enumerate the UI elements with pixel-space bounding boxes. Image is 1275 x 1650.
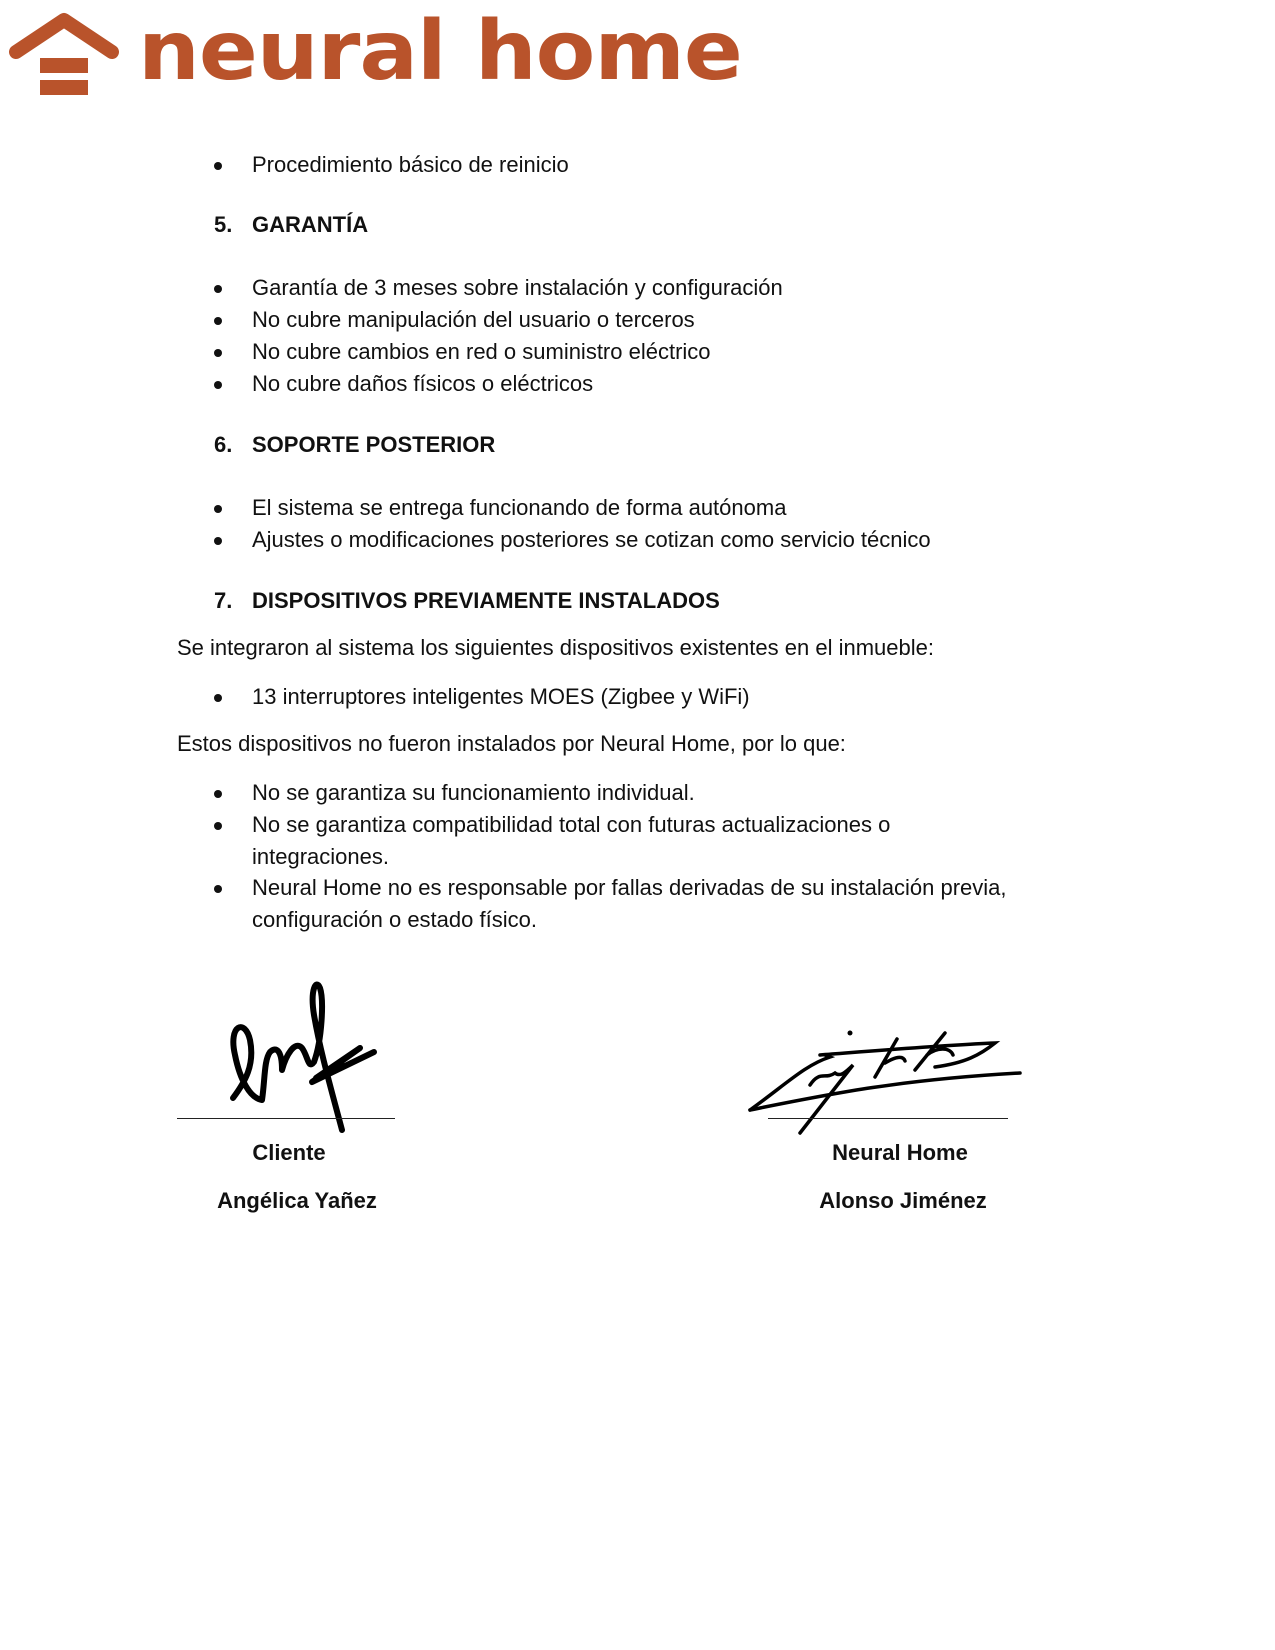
bullet-icon — [214, 885, 222, 893]
signature-name: Angélica Yañez — [217, 1188, 377, 1214]
signature-line — [177, 1118, 395, 1119]
signature-line — [768, 1118, 1008, 1119]
bullet-icon — [214, 285, 222, 293]
signature-name: Alonso Jiménez — [819, 1188, 986, 1214]
section-heading-dispositivos: 7.DISPOSITIVOS PREVIAMENTE INSTALADOS — [214, 585, 720, 617]
signature-role: Cliente — [252, 1140, 325, 1166]
bullet-icon — [214, 381, 222, 389]
house-roof-icon — [8, 12, 120, 96]
section-note: Estos dispositivos no fueron instalados … — [177, 728, 846, 760]
section-heading-garantia: 5.GARANTÍA — [214, 209, 368, 241]
bullet-icon — [214, 505, 222, 513]
bullet-icon — [214, 349, 222, 357]
bullet-icon — [214, 162, 222, 170]
brand-logo: neural home — [8, 8, 708, 100]
section-intro: Se integraron al sistema los siguientes … — [177, 632, 934, 664]
bullet-icon — [214, 694, 222, 702]
handwritten-signature-icon — [220, 970, 390, 1135]
bullet-icon — [214, 317, 222, 325]
signature-role: Neural Home — [832, 1140, 968, 1166]
bullet-icon — [214, 790, 222, 798]
bullet-icon — [214, 822, 222, 830]
section-heading-soporte: 6.SOPORTE POSTERIOR — [214, 429, 495, 461]
handwritten-signature-icon — [745, 1025, 1025, 1140]
bullet-icon — [214, 537, 222, 545]
brand-name: neural home — [138, 11, 742, 93]
